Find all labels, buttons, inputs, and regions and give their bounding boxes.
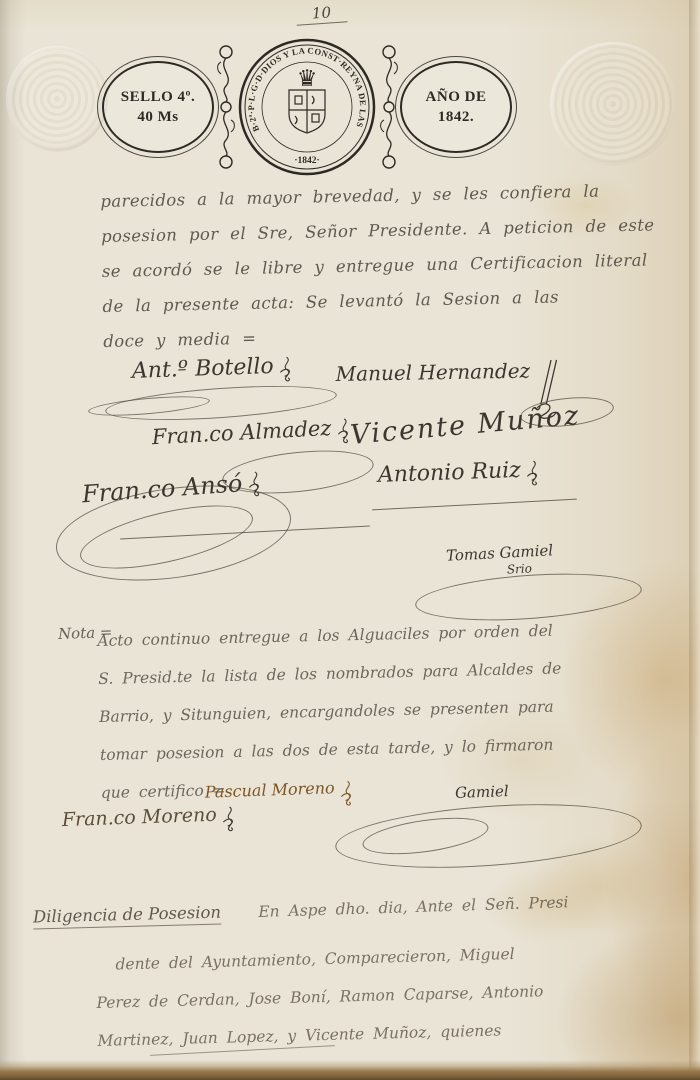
- paragraph-diligencia: dente del Ayuntamiento, Comparecieron, M…: [95, 931, 673, 1060]
- paragraph-nota: Acto continuo entregue a los Alguaciles …: [97, 609, 666, 812]
- signature-name: Ant.º Botello: [131, 354, 274, 384]
- diligencia-heading: Diligencia de Posesion: [33, 903, 222, 930]
- royal-seal-icon: ISAB·2ª·P·L·G·D·DIOS Y LA CONST·REYNA DE…: [237, 37, 377, 177]
- signature-francisco-moreno: Fran.co Moreno: [61, 803, 240, 841]
- signature-name: Fran.co Moreno: [61, 804, 217, 831]
- stamp-year-label: AÑO DE: [426, 87, 487, 107]
- signature-rubric-icon: [337, 779, 358, 810]
- document-page: 10 SELLO 4º. 40 Ms ISAB·2ª·P·L·G·D·DIOS …: [0, 0, 700, 1080]
- stamp-year-value: 1842.: [438, 107, 474, 127]
- signature-antonio-ruiz: Antonio Ruiz: [377, 457, 544, 495]
- page-number: 10: [295, 2, 347, 26]
- embossed-seal-right-icon: [550, 42, 676, 166]
- signature-name: Manuel Hernandez: [335, 359, 530, 386]
- stamp-sello-class: SELLO 4º.: [121, 87, 195, 107]
- embossed-seal-left-icon: [6, 46, 108, 152]
- signature-secretary-gamiel: Tomas Gamiel Srio: [446, 541, 554, 565]
- signature-name: Tomas Gamiel: [446, 541, 554, 565]
- signature-gamiel-short: Gamiel: [455, 782, 509, 802]
- paragraph-session-minutes: parecidos a la mayor brevedad, y se les …: [100, 172, 672, 359]
- coat-of-arms-shield-icon: [289, 90, 325, 133]
- page-right-edge: [691, 0, 700, 1080]
- diligencia-line: En Aspe dho. dia, Ante el Señ. Presi: [258, 890, 678, 921]
- signature-name: Pascual Moreno: [204, 778, 334, 802]
- signature-flourish: [372, 499, 577, 511]
- signature-name: Antonio Ruiz: [377, 458, 521, 488]
- seal-year-text: ·1842·: [294, 156, 319, 166]
- stamp-left-oval: SELLO 4º. 40 Ms: [102, 61, 214, 153]
- stamp-right-oval: AÑO DE 1842.: [400, 61, 512, 153]
- crown-icon: ♛: [297, 66, 318, 92]
- signature-rubric-icon: [276, 355, 297, 386]
- stamp-price: 40 Ms: [137, 107, 178, 127]
- revenue-stamp: SELLO 4º. 40 Ms ISAB·2ª·P·L·G·D·DIOS Y L…: [102, 36, 512, 178]
- signature-rubric-icon: [219, 805, 240, 836]
- signature-name: Gamiel: [455, 782, 509, 802]
- text-line: En Aspe dho. dia, Ante el Señ. Presi: [258, 890, 678, 921]
- signature-rubric-icon: [523, 459, 544, 490]
- page-bottom-edge: [0, 1060, 700, 1080]
- signature-name: Fran.co Almadez: [151, 416, 332, 449]
